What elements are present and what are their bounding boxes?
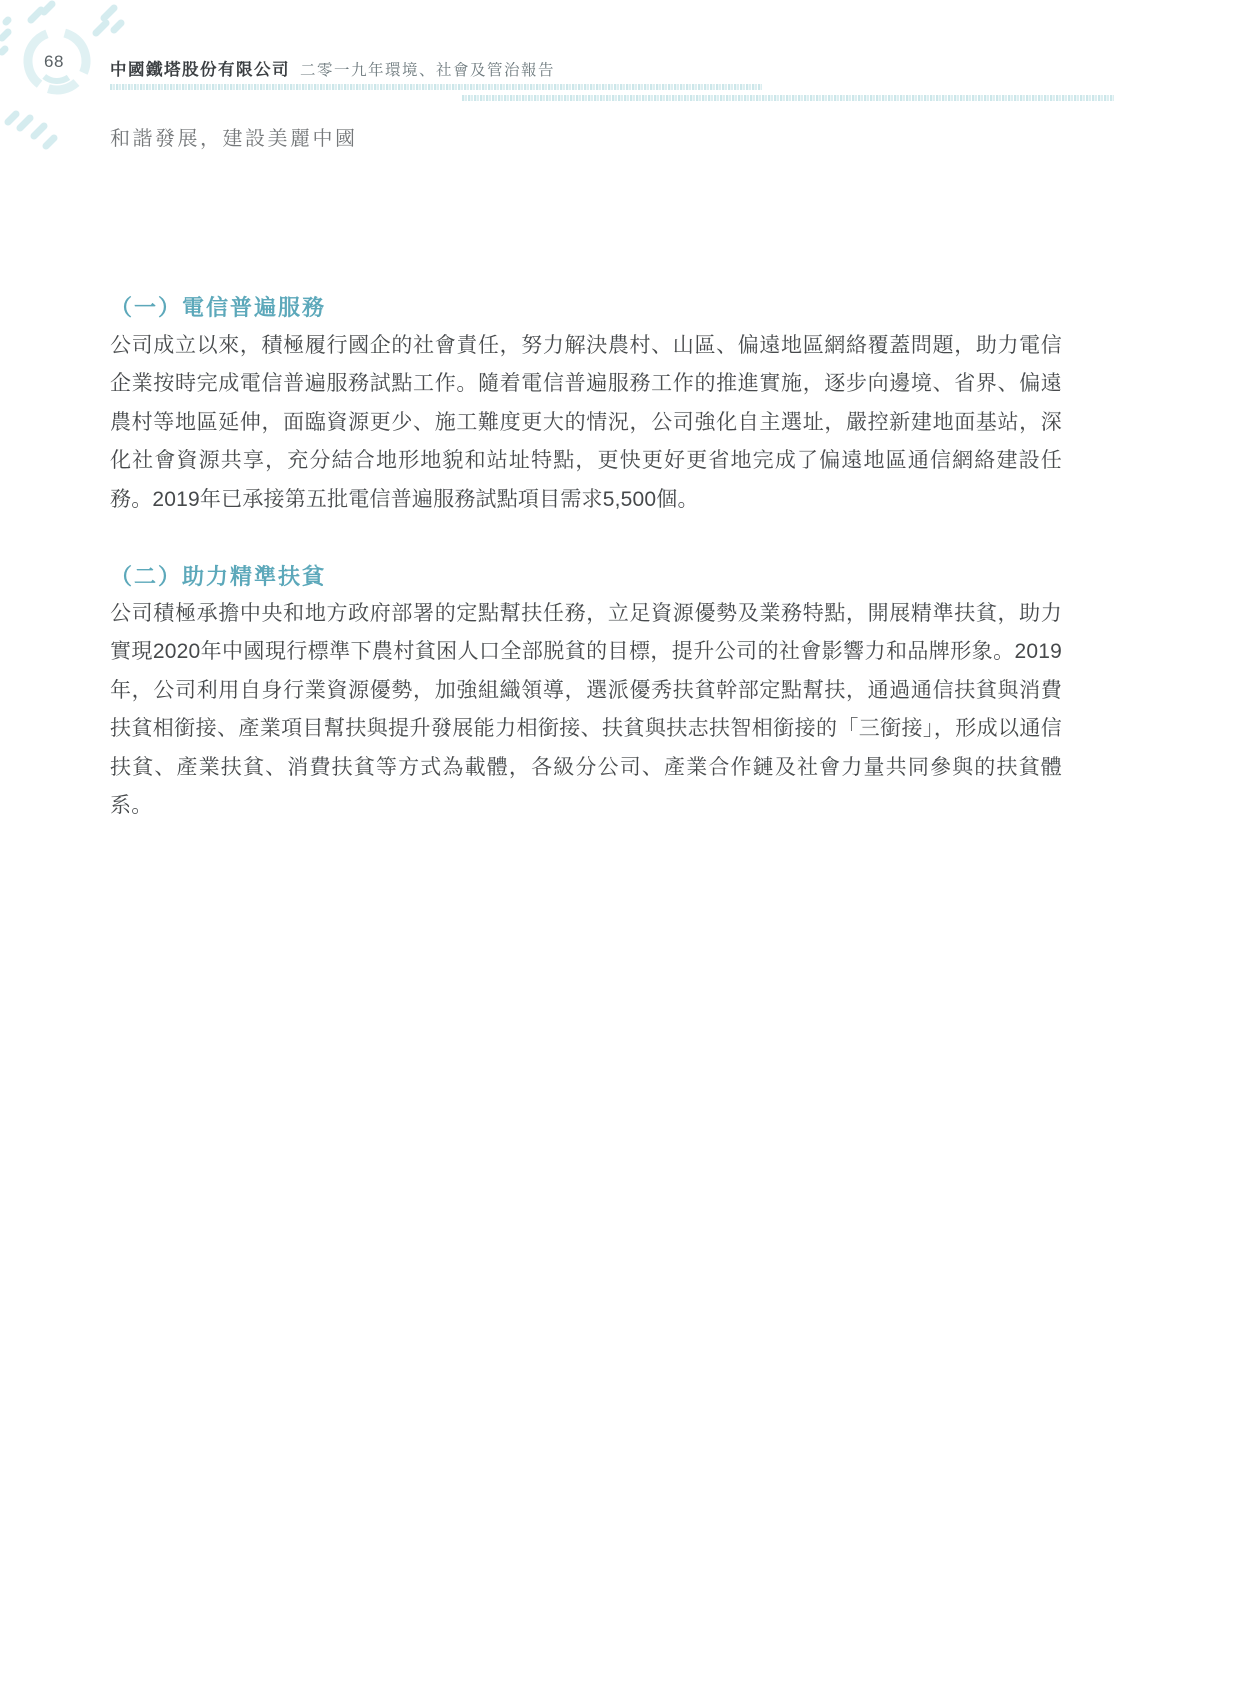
report-page: 68 中國鐵塔股份有限公司二零一九年環境、社會及管治報告 和諧發展，建設美麗中國… bbox=[0, 0, 1240, 1682]
page-number: 68 bbox=[44, 52, 74, 72]
header-report-title: 二零一九年環境、社會及管治報告 bbox=[300, 62, 555, 79]
header-company-name: 中國鐵塔股份有限公司 bbox=[110, 61, 290, 79]
header-dotted-rule-lower bbox=[462, 95, 1114, 101]
chapter-subtitle: 和諧發展，建設美麗中國 bbox=[110, 122, 358, 151]
section-paragraph-telecom-universal-service: 公司成立以來，積極履行國企的社會責任，努力解決農村、山區、偏遠地區網絡覆蓋問題，… bbox=[110, 327, 1062, 519]
section-heading-telecom-universal-service: （一）電信普遍服務 bbox=[110, 291, 326, 322]
header-dotted-rule-upper bbox=[110, 84, 762, 90]
running-header: 中國鐵塔股份有限公司二零一九年環境、社會及管治報告 bbox=[110, 56, 555, 80]
section-heading-poverty-alleviation: （二）助力精準扶貧 bbox=[110, 560, 326, 591]
section-paragraph-poverty-alleviation: 公司積極承擔中央和地方政府部署的定點幫扶任務，立足資源優勢及業務特點，開展精準扶… bbox=[110, 595, 1062, 825]
